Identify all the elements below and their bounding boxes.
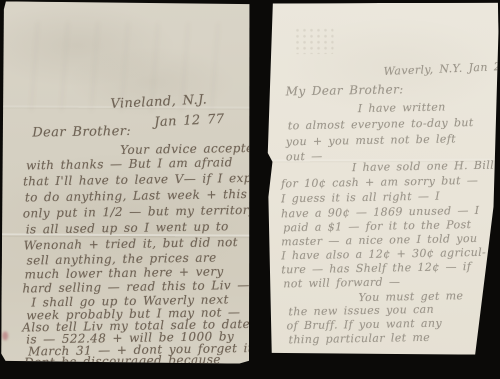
left-letter-page: Vineland, N.J. Jan 12 77 Dear Brother: Y… bbox=[1, 1, 251, 363]
handwriting-line: I have written bbox=[358, 101, 446, 116]
salutation: Dear Brother: bbox=[32, 124, 131, 141]
handwriting-line: only put in 1/2 — but my territory bbox=[23, 203, 256, 221]
dateline-date: Jan 12 77 bbox=[154, 112, 225, 130]
handwriting-line: Dont be discouraged because bbox=[24, 352, 221, 369]
handwriting-line: you + you must not be left bbox=[286, 132, 456, 148]
right-letter-page: Waverly, N.Y. Jan 27/78 My Dear Brother:… bbox=[265, 3, 499, 356]
handwriting-line: Your advice accepted bbox=[120, 141, 262, 157]
dateline-place: Vineland, N.J. bbox=[110, 92, 207, 112]
handwriting-line: thing particular let me bbox=[288, 331, 430, 346]
handwriting-line: for 10¢ cash + am sorry but — bbox=[281, 174, 478, 190]
pink-edge-mark bbox=[2, 331, 8, 340]
handwriting-line: ture — has Shelf the 12¢ — if bbox=[281, 260, 471, 276]
handwriting-line: I have sold one H. Bill bbox=[352, 159, 494, 174]
photo-background: Vineland, N.J. Jan 12 77 Dear Brother: Y… bbox=[0, 0, 500, 379]
embossed-stationery-mark bbox=[295, 28, 333, 54]
handwriting-line: with thanks — But I am afraid bbox=[26, 155, 233, 172]
handwriting-line: to do anything, Last week + this I bbox=[25, 187, 259, 205]
handwriting-line: to almost everyone to-day but bbox=[288, 116, 474, 132]
handwriting-line: of Bruff. If you want any bbox=[286, 317, 442, 333]
handwriting-line: You must get me bbox=[358, 289, 463, 304]
handwriting-line: I guess it is all right — I bbox=[281, 190, 440, 206]
handwriting-line: the new issues you can bbox=[288, 303, 434, 319]
handwriting-line: out — bbox=[286, 150, 323, 164]
salutation: My Dear Brother: bbox=[286, 82, 404, 98]
dateline: Waverly, N.Y. Jan 27/78 bbox=[383, 59, 500, 78]
handwriting-line: that I'll have to leave V— if I expect bbox=[23, 171, 272, 189]
handwriting-line: not will forward — bbox=[283, 275, 400, 290]
